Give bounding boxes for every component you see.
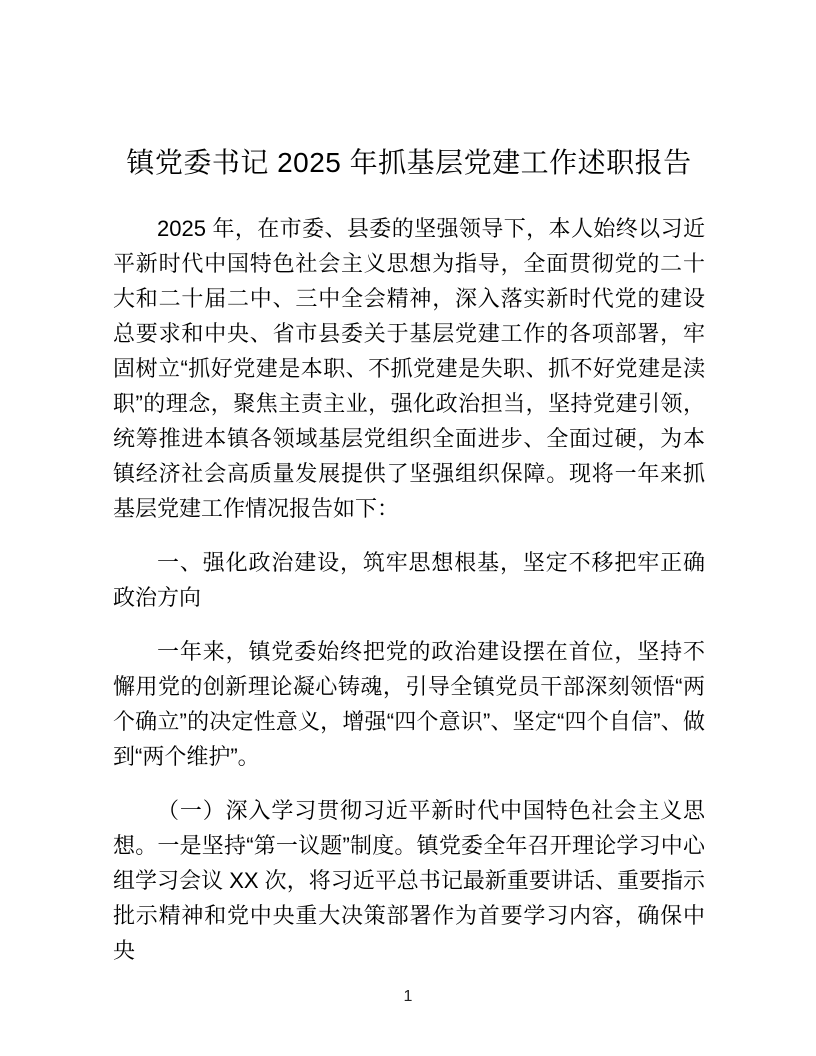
paragraph-section1-item1: （一）深入学习贯彻习近平新时代中国特色社会主义思想。一是坚持“第一议题”制度。镇… <box>113 793 705 968</box>
document-title: 镇党委书记 2025 年抓基层党建工作述职报告 <box>113 145 705 181</box>
page-footer: 1 <box>0 988 816 1006</box>
section-heading-1: 一、强化政治建设，筑牢思想根基，坚定不移把牢正确政治方向 <box>113 545 705 615</box>
page-number: 1 <box>404 988 413 1005</box>
paragraph-section1-summary: 一年来，镇党委始终把党的政治建设摆在首位，坚持不懈用党的创新理论凝心铸魂，引导全… <box>113 634 705 774</box>
paragraph-intro: 2025 年，在市委、县委的坚强领导下，本人始终以习近平新时代中国特色社会主义思… <box>113 211 705 526</box>
document-page: 镇党委书记 2025 年抓基层党建工作述职报告 2025 年，在市委、县委的坚强… <box>0 0 816 1056</box>
